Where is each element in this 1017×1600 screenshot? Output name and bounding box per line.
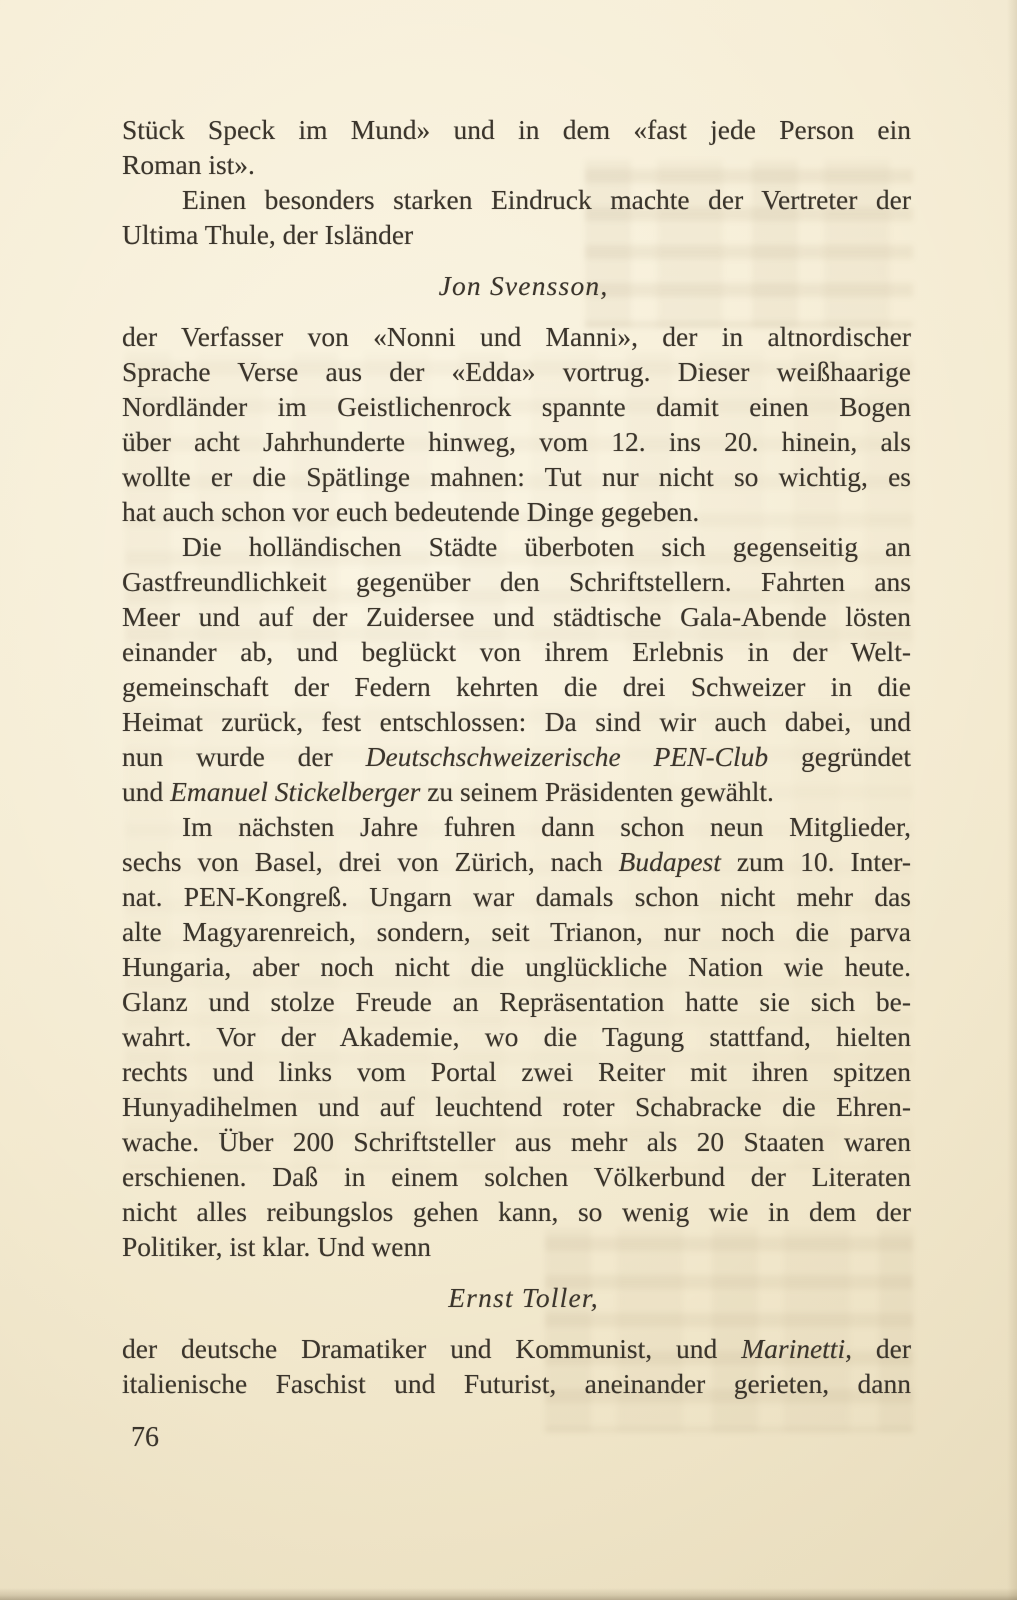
text-line: Ultima Thule, der Isländer [122,217,911,252]
page-number: 76 [131,1420,159,1455]
text-line: wahrt. Vor der Akademie, wo die Tagung s… [122,1019,911,1054]
text-line: alte Magyarenreich, sondern, seit Triano… [122,914,911,949]
scanned-book-page: { "page": { "number": "76", "paper_color… [0,0,1017,1600]
page-edge-shading [1007,0,1017,1600]
text-line: Die holländischen Städte überboten sich … [122,529,911,564]
text-line: gemeinschaft der Federn kehrten die drei… [122,669,911,704]
text-line: Glanz und stolze Freude an Repräsentatio… [122,984,911,1019]
text-line: Sprache Verse aus der «Edda» vortrug. Di… [122,354,911,389]
text-line: Roman ist». [122,147,911,182]
page-edge-shadow [0,1588,1017,1600]
text-line: erschienen. Daß in einem solchen Völkerb… [122,1159,911,1194]
paragraph: Stück Speck im Mund» und in dem «fast je… [122,112,911,182]
text-line: nun wurde der Deutschschweizerische PEN-… [122,739,911,774]
section-heading: Ernst Toller, [136,1280,911,1315]
text-line: über acht Jahrhunderte hinweg, vom 12. i… [122,424,911,459]
text-line: nat. PEN-Kongreß. Ungarn war damals scho… [122,879,911,914]
paragraph: Die holländischen Städte überboten sich … [122,529,911,809]
text-line: nicht alles reibungslos gehen kann, so w… [122,1194,911,1229]
text-line: Hunyadihelmen und auf leuchtend roter Sc… [122,1089,911,1124]
text-line: Meer und auf der Zuidersee und städtisch… [122,599,911,634]
text-line: hat auch schon vor euch bedeutende Dinge… [122,494,911,529]
text-line: Gastfreundlichkeit gegenüber den Schrift… [122,564,911,599]
paragraph: der deutsche Dramatiker und Kommunist, u… [122,1331,911,1401]
text-line: einander ab, und beglückt von ihrem Erle… [122,634,911,669]
text-line: Im nächsten Jahre fuhren dann schon neun… [122,809,911,844]
text-line: italienische Faschist und Futurist, anei… [122,1366,911,1401]
text-line: der Verfasser von «Nonni und Manni», der… [122,319,911,354]
text-line: und Emanuel Stickelberger zu seinem Präs… [122,774,911,809]
paragraph: Einen besonders starken Eindruck machte … [122,182,911,252]
text-line: Politiker, ist klar. Und wenn [122,1229,911,1264]
section-heading: Jon Svensson, [136,268,911,303]
text-line: wache. Über 200 Schriftsteller aus mehr … [122,1124,911,1159]
paragraph: der Verfasser von «Nonni und Manni», der… [122,319,911,529]
text-line: der deutsche Dramatiker und Kommunist, u… [122,1331,911,1366]
text-line: Hungaria, aber noch nicht die unglücklic… [122,949,911,984]
text-line: wollte er die Spätlinge mahnen: Tut nur … [122,459,911,494]
text-line: Heimat zurück, fest entschlossen: Da sin… [122,704,911,739]
paragraph: Im nächsten Jahre fuhren dann schon neun… [122,809,911,1264]
text-line: rechts und links vom Portal zwei Reiter … [122,1054,911,1089]
text-line: Stück Speck im Mund» und in dem «fast je… [122,112,911,147]
text-line: Nordländer im Geistlichenrock spannte da… [122,389,911,424]
text-block: Stück Speck im Mund» und in dem «fast je… [122,112,911,1401]
text-line: sechs von Basel, drei von Zürich, nach B… [122,844,911,879]
text-line: Einen besonders starken Eindruck machte … [122,182,911,217]
